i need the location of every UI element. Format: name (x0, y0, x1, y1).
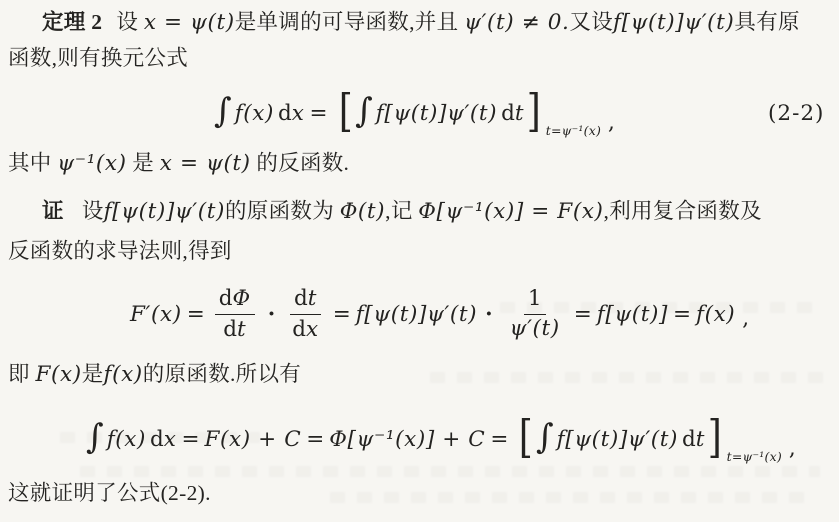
theorem-text: 设 (116, 10, 143, 34)
math-F-plus-C: F(x) + C (205, 427, 302, 452)
evaluation-subscript: t=ψ⁻¹(x) (727, 449, 782, 464)
proof-text: ,记 (385, 199, 418, 223)
theorem-text: 又设 (569, 10, 613, 34)
theorem-text: 函数,则有换元公式 (8, 46, 188, 70)
integral-icon: ∫ (355, 94, 373, 128)
right-bracket: ] (527, 88, 541, 133)
inline-math-x-psi-t: x = ψ(t) (144, 10, 235, 35)
equals-sign: = (309, 101, 327, 126)
fraction-numerator: dΦ (215, 286, 255, 314)
fraction-one-over-psi-prime: 1ψ′(t) (506, 287, 564, 340)
inline-math-fx: f(x) (104, 362, 143, 387)
where-text: 其中 (8, 151, 57, 175)
math-Phi: Φ (232, 286, 250, 311)
fraction-numerator: dt (290, 286, 321, 314)
proof-text: ,利用复合函数及 (604, 199, 762, 223)
math-t: t (237, 317, 246, 342)
inline-math-Phi-psi-inverse-F: Φ[ψ⁻¹(x)] = F(x) (418, 199, 603, 224)
inline-math-psi-inverse: ψ⁻¹(x) (57, 151, 126, 176)
math-d: d (682, 427, 696, 452)
equals-sign: = (306, 427, 324, 452)
fraction-dPhi-dt: dΦdt (215, 286, 255, 341)
math-x: x (306, 317, 319, 342)
inline-math-psi-prime-nonzero: ψ′(t) ≠ 0. (464, 10, 569, 35)
math-t: t (308, 286, 317, 311)
where-text: 的反函数. (251, 151, 350, 175)
fraction-numerator: 1 (524, 287, 546, 314)
fraction-denominator: ψ′(t) (506, 315, 564, 341)
display-formula-final: ∫f(x)dx=F(x) + C=Φ[ψ⁻¹(x)] + C=[∫f[ψ(t)]… (86, 410, 796, 468)
closing-text: 这就证明了公式(2-2). (8, 481, 211, 505)
equals-sign: = (333, 302, 351, 327)
math-f-psi: f[ψ(t)] (597, 302, 668, 327)
math-t: t (696, 427, 705, 452)
comma: , (742, 306, 749, 331)
equals-sign: = (574, 302, 592, 327)
display-formula-derivative: F′(x)=dΦdt·dtdx=f[ψ(t)]ψ′(t)·1ψ′(t)=f[ψ(… (130, 281, 749, 347)
left-bracket: [ (519, 414, 533, 459)
proof-paragraph-line-1: 证设f[ψ(t)]ψ′(t)的原函数为 Φ(t),记 Φ[ψ⁻¹(x)] = F… (42, 197, 762, 226)
proof-paragraph-line-2: 反函数的求导法则,得到 (8, 237, 232, 266)
conclusion-text: 的原函数.所以有 (143, 362, 301, 386)
theorem-paragraph-line-1: 定理 2设 x = ψ(t)是单调的可导函数,并且 ψ′(t) ≠ 0.又设f[… (42, 8, 800, 37)
multiplication-dot: · (268, 302, 276, 327)
multiplication-dot: · (485, 302, 493, 327)
math-fx: f(x) (107, 427, 146, 452)
theorem-label: 定理 2 (42, 10, 102, 34)
math-x: x (164, 427, 177, 452)
equals-sign: = (673, 302, 691, 327)
right-bracket: ] (708, 414, 722, 459)
inline-math-f-psi-psi-prime: f[ψ(t)]ψ′(t) (104, 199, 225, 224)
math-Phi-psi-inverse-plus-C: Φ[ψ⁻¹(x)] + C (329, 427, 485, 452)
proof-text: 反函数的求导法则,得到 (8, 239, 232, 263)
math-fx: f(x) (696, 302, 735, 327)
left-bracket: [ (338, 88, 352, 133)
math-f-psi-psi-prime: f[ψ(t)]ψ′(t) (376, 101, 497, 126)
math-f-psi-psi-prime: f[ψ(t)]ψ′(t) (356, 302, 477, 327)
math-F-prime-x: F′(x) (130, 302, 182, 327)
math-d: d (219, 286, 233, 311)
math-d: d (278, 101, 292, 126)
math-d: d (501, 101, 515, 126)
math-d: d (150, 427, 164, 452)
proof-text: 设 (82, 199, 104, 223)
conclusion-text: 是 (82, 362, 104, 386)
math-x: x (292, 101, 305, 126)
equals-sign: = (187, 302, 205, 327)
where-text: 是 (127, 151, 160, 175)
equals-sign: = (490, 427, 508, 452)
inline-math-Phi-t: Φ(t) (340, 199, 385, 224)
math-d: d (223, 317, 237, 342)
math-fx: f(x) (235, 101, 274, 126)
inline-math-f-psi-psi-prime: f[ψ(t)]ψ′(t) (613, 10, 734, 35)
conclusion-text: 即 (8, 362, 35, 386)
scan-noise (330, 492, 810, 503)
theorem-text: 具有原 (734, 10, 799, 34)
fraction-dt-dx: dtdx (288, 286, 323, 341)
integral-icon: ∫ (536, 420, 554, 454)
fraction-denominator: dx (288, 315, 323, 342)
fraction-denominator: dt (219, 315, 250, 342)
math-f-psi-psi-prime: f[ψ(t)]ψ′(t) (557, 427, 678, 452)
integral-icon: ∫ (214, 94, 232, 128)
scan-noise (430, 372, 825, 383)
conclusion-line: 即 F(x)是f(x)的原函数.所以有 (8, 360, 301, 389)
inline-math-x-psi-t: x = ψ(t) (160, 151, 251, 176)
proof-text: 的原函数为 (225, 199, 340, 223)
equals-sign: = (181, 427, 199, 452)
proof-label: 证 (42, 199, 64, 223)
where-clause-line: 其中 ψ⁻¹(x) 是 x = ψ(t) 的反函数. (8, 149, 349, 178)
textbook-page: 定理 2设 x = ψ(t)是单调的可导函数,并且 ψ′(t) ≠ 0.又设f[… (0, 0, 839, 522)
comma: , (608, 110, 615, 135)
integral-icon: ∫ (86, 420, 104, 454)
theorem-paragraph-line-2: 函数,则有换元公式 (8, 44, 188, 73)
math-d: d (292, 317, 306, 342)
display-formula-substitution: ∫f(x)dx=[∫f[ψ(t)]ψ′(t)dt]t=ψ⁻¹(x), (214, 84, 615, 142)
math-t: t (515, 101, 524, 126)
math-d: d (294, 286, 308, 311)
equation-number: (2-2) (768, 101, 824, 126)
evaluation-subscript: t=ψ⁻¹(x) (546, 123, 601, 138)
closing-line: 这就证明了公式(2-2). (8, 479, 211, 508)
inline-math-Fx: F(x) (35, 362, 81, 387)
theorem-text: 是单调的可导函数,并且 (235, 10, 464, 34)
comma: , (789, 436, 796, 461)
